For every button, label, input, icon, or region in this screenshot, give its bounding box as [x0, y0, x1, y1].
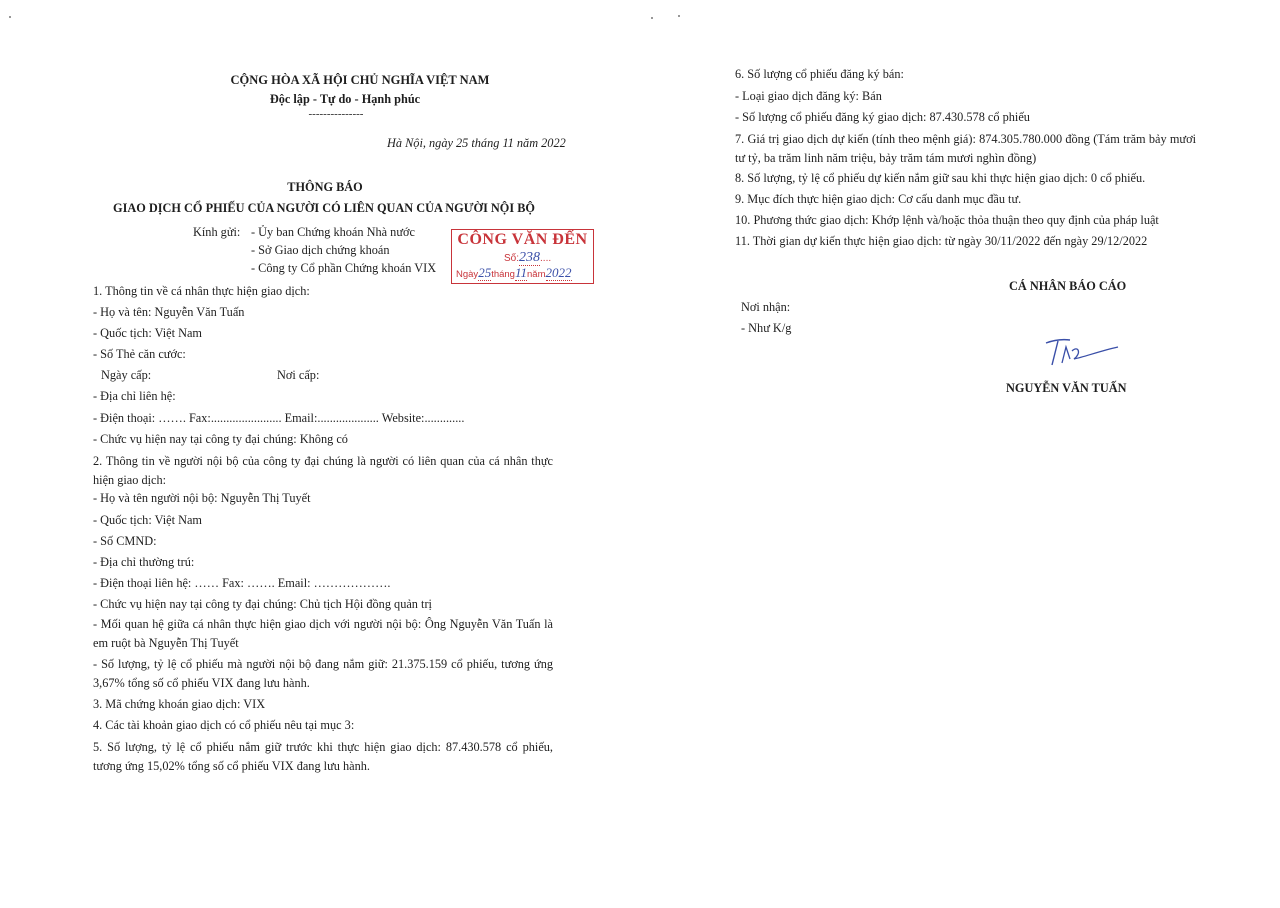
- section1-name: - Họ và tên: Nguyễn Văn Tuấn: [93, 305, 244, 320]
- section2-contact: - Điện thoại liên hệ: …… Fax: ……. Email:…: [93, 576, 390, 591]
- scan-speck: [678, 15, 680, 17]
- section2-relationship: - Mối quan hệ giữa cá nhân thực hiện gia…: [93, 615, 553, 653]
- section11: 11. Thời gian dự kiến thực hiện giao dịc…: [735, 234, 1147, 249]
- stamp-ngay-label: Ngày: [456, 269, 478, 280]
- scan-speck: [9, 16, 11, 18]
- signer-name: NGUYỄN VĂN TUẤN: [1006, 381, 1126, 396]
- place-date: Hà Nội, ngày 25 tháng 11 năm 2022: [387, 136, 566, 151]
- document-page-1: CỘNG HÒA XÃ HỘI CHỦ NGHĨA VIỆT NAM Độc l…: [0, 0, 640, 908]
- section6-type: - Loại giao dịch đăng ký: Bán: [735, 89, 882, 104]
- stamp-so-value: 238: [519, 250, 540, 266]
- section1-contact: - Điện thoại: ……. Fax:..................…: [93, 411, 464, 426]
- stamp-year: 2022: [546, 265, 572, 281]
- recipients-footer-label: Nơi nhận:: [741, 300, 790, 315]
- recipient-item: - Ủy ban Chứng khoán Nhà nước: [251, 225, 415, 240]
- section2-position: - Chức vụ hiện nay tại công ty đại chúng…: [93, 597, 432, 612]
- recipient-item: - Công ty Cổ phần Chứng khoán VIX: [251, 261, 436, 276]
- stamp-title: CÔNG VĂN ĐẾN: [452, 231, 593, 249]
- section1-id-card: - Số Thẻ căn cước:: [93, 347, 186, 362]
- motto: Độc lập - Tự do - Hạnh phúc: [180, 92, 510, 107]
- section2-holdings: - Số lượng, tỷ lệ cổ phiếu mà người nội …: [93, 655, 553, 693]
- section1-issue-date: Ngày cấp:: [101, 368, 151, 383]
- recipient-item: - Sở Giao dịch chứng khoán: [251, 243, 390, 258]
- section2-id-number: - Số CMND:: [93, 534, 157, 549]
- section1-heading: 1. Thông tin về cá nhân thực hiện giao d…: [93, 284, 310, 299]
- signature-role: CÁ NHÂN BÁO CÁO: [1009, 279, 1126, 294]
- section1-nationality: - Quốc tịch: Việt Nam: [93, 326, 202, 341]
- section2-name: - Họ và tên người nội bộ: Nguyễn Thị Tuy…: [93, 491, 311, 506]
- scan-speck: [651, 17, 653, 19]
- section2-heading: 2. Thông tin về người nội bộ của công ty…: [93, 452, 553, 490]
- signature-image: [1040, 335, 1130, 371]
- section1-issue-place: Nơi cấp:: [277, 368, 319, 383]
- recipients-label: Kính gửi:: [193, 225, 240, 240]
- section2-address: - Địa chỉ thường trú:: [93, 555, 194, 570]
- section8: 8. Số lượng, tỷ lệ cổ phiếu dự kiến nắm …: [735, 171, 1145, 186]
- section6-heading: 6. Số lượng cổ phiếu đăng ký bán:: [735, 67, 904, 82]
- section9: 9. Mục đích thực hiện giao dịch: Cơ cấu …: [735, 192, 1021, 207]
- stamp-nam-label: năm: [527, 269, 545, 280]
- section3: 3. Mã chứng khoán giao dịch: VIX: [93, 697, 265, 712]
- section5: 5. Số lượng, tỷ lệ cổ phiếu nắm giữ trướ…: [93, 738, 553, 776]
- stamp-day: 25: [478, 265, 491, 281]
- stamp-month: 11: [515, 265, 527, 281]
- received-stamp: CÔNG VĂN ĐẾN Số:238.... Ngày25tháng11năm…: [451, 229, 594, 284]
- section2-nationality: - Quốc tịch: Việt Nam: [93, 513, 202, 528]
- section1-position: - Chức vụ hiện nay tại công ty đại chúng…: [93, 432, 348, 447]
- section7: 7. Giá trị giao dịch dự kiến (tính theo …: [735, 130, 1196, 168]
- header-divider: ---------------: [296, 107, 376, 122]
- section10: 10. Phương thức giao dịch: Khớp lệnh và/…: [735, 213, 1159, 228]
- section1-address: - Địa chỉ liên hệ:: [93, 389, 176, 404]
- stamp-thang-label: tháng: [491, 269, 515, 280]
- section4: 4. Các tài khoản giao dịch có cổ phiếu n…: [93, 718, 354, 733]
- nation-header: CỘNG HÒA XÃ HỘI CHỦ NGHĨA VIỆT NAM: [180, 73, 540, 88]
- section6-quantity: - Số lượng cổ phiếu đăng ký giao dịch: 8…: [735, 110, 1030, 125]
- doc-subtitle: GIAO DỊCH CỔ PHIẾU CỦA NGƯỜI CÓ LIÊN QUA…: [113, 201, 535, 216]
- doc-title: THÔNG BÁO: [200, 180, 450, 195]
- stamp-so-label: Số:: [504, 253, 519, 264]
- recipients-footer-item: - Như K/g: [741, 321, 791, 336]
